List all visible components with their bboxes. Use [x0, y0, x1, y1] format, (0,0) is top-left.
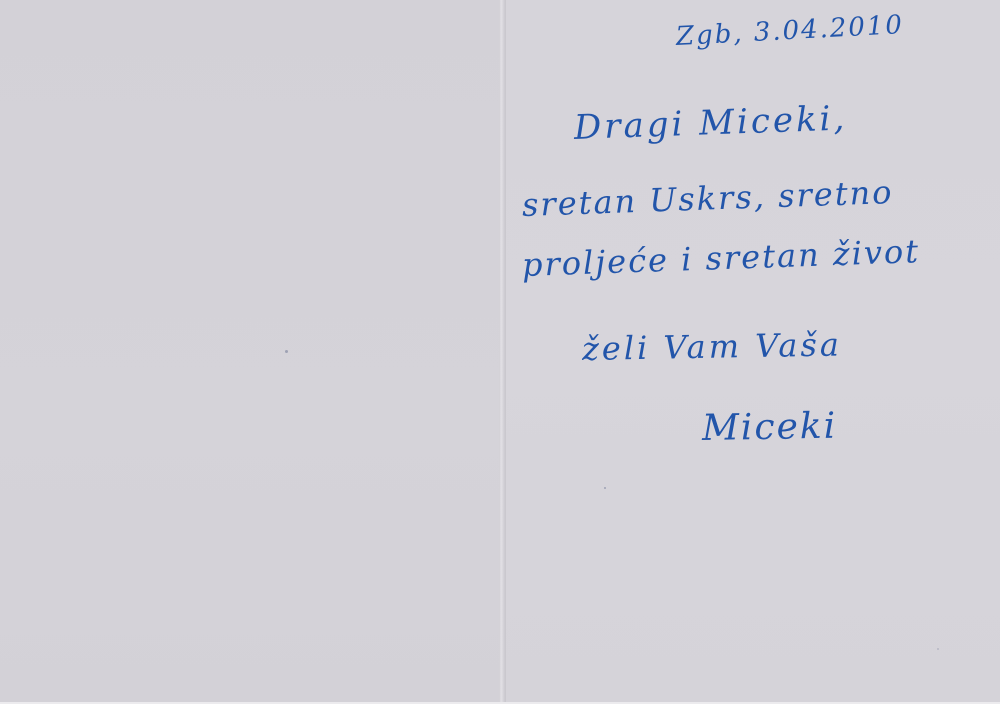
paper-speck — [285, 350, 288, 353]
handwritten-signature: Miceki — [702, 406, 838, 449]
card-fold-edge — [505, 0, 506, 702]
paper-speck — [937, 648, 939, 650]
greeting-card: Zgb, 3.04.2010 Dragi Miceki, sretan Uskr… — [0, 0, 1000, 704]
card-left-panel — [0, 0, 500, 702]
handwritten-body-line-3: želi Vam Vaša — [582, 325, 843, 368]
paper-speck — [604, 487, 606, 489]
